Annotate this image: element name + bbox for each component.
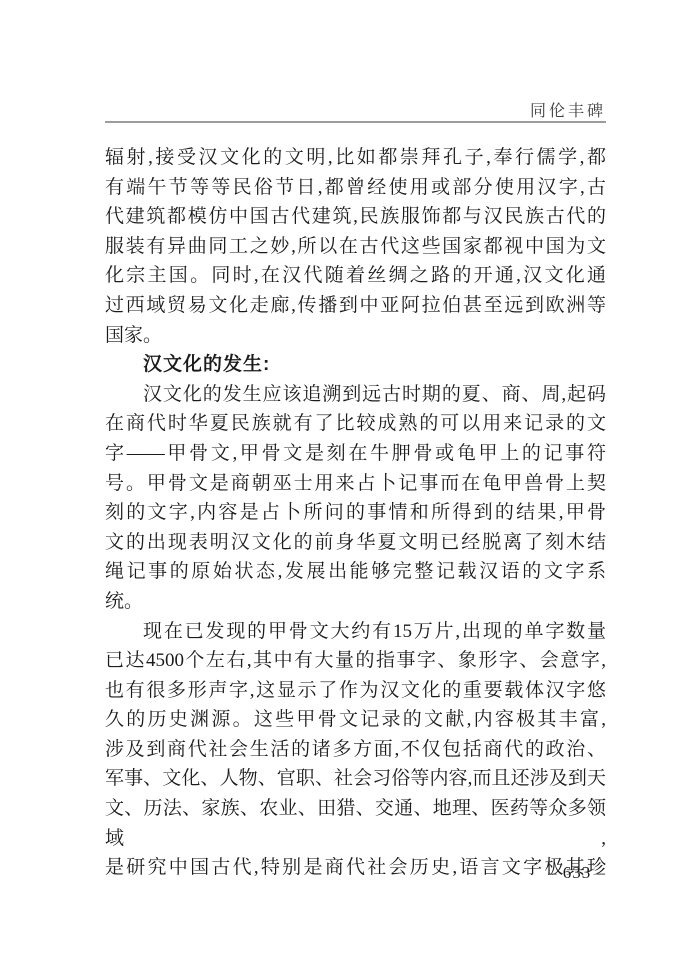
text-line: 化宗主国。同时,在汉代随着丝绸之路的开通,汉文化通 (105, 261, 606, 291)
section-heading: 汉文化的发生: (105, 350, 606, 380)
page-number: – 633 – (105, 863, 606, 883)
text-line: 号。甲骨文是商朝巫士用来占卜记事而在龟甲兽骨上契 (105, 469, 606, 499)
text-line: 在商代时华夏民族就有了比较成熟的可以用来记录的文 (105, 409, 606, 439)
paragraph: 辐射,接受汉文化的文明,比如都崇拜孔子,奉行儒学,都有端午节等等民俗节日,都曾经… (105, 143, 606, 350)
text-line: 也有很多形声字,这显示了作为汉文化的重要载体汉字悠 (105, 676, 606, 706)
paragraph: 汉文化的发生应该追溯到远古时期的夏、商、周,起码在商代时华夏民族就有了比较成熟的… (105, 380, 606, 617)
text-line: 汉文化的发生应该追溯到远古时期的夏、商、周,起码 (105, 380, 606, 410)
header-rule (105, 121, 606, 123)
text-line: 统。 (105, 587, 606, 617)
text-line: 文的出现表明汉文化的前身华夏文明已经脱离了刻木结 (105, 528, 606, 558)
text-line: 过西域贸易文化走廊,传播到中亚阿拉伯甚至远到欧洲等 (105, 291, 606, 321)
text-line: 涉及到商代社会生活的诸多方面,不仅包括商代的政治、 (105, 735, 606, 765)
text-line: 国家。 (105, 321, 606, 351)
book-page: { "theme": { "paper": "#ffffff", "ink": … (0, 0, 692, 968)
text-line: 久的历史渊源。这些甲骨文记录的文献,内容极其丰富, (105, 705, 606, 735)
text-line: 现在已发现的甲骨文大约有15万片,出现的单字数量 (105, 617, 606, 647)
text-line: 服装有异曲同工之妙,所以在古代这些国家都视中国为文 (105, 232, 606, 262)
text-line: 字——甲骨文,甲骨文是刻在牛胛骨或龟甲上的记事符 (105, 439, 606, 469)
text-line: 已达4500个左右,其中有大量的指事字、象形字、会意字, (105, 646, 606, 676)
text-line: 文、历法、家族、农业、田猎、交通、地理、医药等众多领域, (105, 794, 606, 853)
text-line: 刻的文字,内容是占卜所问的事情和所得到的结果,甲骨 (105, 498, 606, 528)
text-line: 辐射,接受汉文化的文明,比如都崇拜孔子,奉行儒学,都 (105, 143, 606, 173)
text-line: 有端午节等等民俗节日,都曾经使用或部分使用汉字,古 (105, 173, 606, 203)
paragraph: 现在已发现的甲骨文大约有15万片,出现的单字数量已达4500个左右,其中有大量的… (105, 617, 606, 883)
running-title: 同伦丰碑 (105, 98, 606, 121)
body-text: 辐射,接受汉文化的文明,比如都崇拜孔子,奉行儒学,都有端午节等等民俗节日,都曾经… (105, 143, 606, 883)
text-line: 军事、文化、人物、官职、社会习俗等内容,而且还涉及到天 (105, 764, 606, 794)
text-line: 代建筑都模仿中国古代建筑,民族服饰都与汉民族古代的 (105, 202, 606, 232)
text-line: 绳记事的原始状态,发展出能够完整记载汉语的文字系 (105, 557, 606, 587)
